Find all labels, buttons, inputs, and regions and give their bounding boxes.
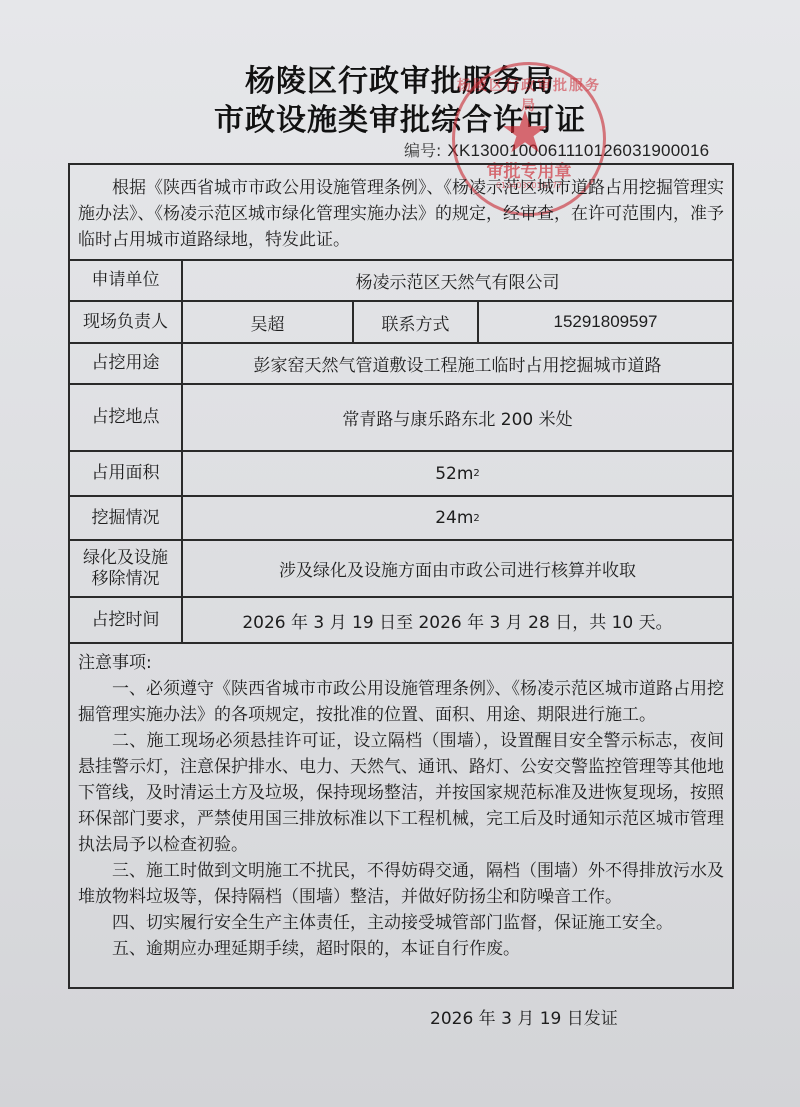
issue-date: 2026 年 3 月 19 日发证 (430, 1004, 618, 1029)
intro-paragraph: 根据《陕西省城市市政公用设施管理条例》、《杨凌示范区城市道路占用挖掘管理实施办法… (78, 175, 724, 253)
site-manager-label: 现场负责人 (70, 302, 183, 342)
site-manager-value: 吴超 (183, 302, 354, 342)
notes-heading: 注意事项: (78, 650, 724, 676)
row-notes: 注意事项: 一、必须遵守《陕西省城市市政公用设施管理条例》、《杨凌示范区城市道路… (70, 642, 732, 987)
area-label: 占用面积 (70, 452, 183, 495)
row-site-manager: 现场负责人 吴超 联系方式 15291809597 (70, 300, 732, 342)
location-value: 常青路与康乐路东北 200 米处 (183, 385, 732, 450)
row-applicant: 申请单位 杨凌示范区天然气有限公司 (70, 259, 732, 300)
location-label: 占挖地点 (70, 385, 183, 450)
note-item-1: 一、必须遵守《陕西省城市市政公用设施管理条例》、《杨凌示范区城市道路占用挖掘管理… (78, 676, 724, 728)
area-number: 52m (435, 464, 473, 484)
greening-value: 涉及绿化及设施方面由市政公司进行核算并收取 (183, 541, 732, 596)
permit-title: 市政设施类审批综合许可证 (0, 95, 800, 139)
note-item-2: 二、施工现场必须悬挂许可证，设立隔档（围墙），设置醒目安全警示标志，夜间悬挂警示… (78, 728, 724, 858)
area-unit-exponent: 2 (473, 468, 479, 479)
serial-value: XK1300100061110126031900016 (447, 141, 709, 160)
row-greening: 绿化及设施 移除情况 涉及绿化及设施方面由市政公司进行核算并收取 (70, 539, 732, 596)
issuing-authority-title: 杨陵区行政审批服务局 (0, 56, 800, 100)
excavation-label: 挖掘情况 (70, 497, 183, 539)
purpose-value: 彭家窑天然气管道敷设工程施工临时占用挖掘城市道路 (183, 344, 732, 383)
excavation-value: 24m2 (183, 497, 732, 539)
area-value: 52m2 (183, 452, 732, 495)
notes-section: 注意事项: 一、必须遵守《陕西省城市市政公用设施管理条例》、《杨凌示范区城市道路… (78, 650, 724, 962)
excavation-number: 24m (435, 508, 473, 528)
row-location: 占挖地点 常青路与康乐路东北 200 米处 (70, 383, 732, 450)
note-item-5: 五、逾期应办理延期手续，超时限的，本证自行作废。 (78, 936, 724, 962)
period-value: 2026 年 3 月 19 日至 2026 年 3 月 28 日，共 10 天。 (183, 598, 732, 642)
row-excavation: 挖掘情况 24m2 (70, 495, 732, 539)
greening-label-line1: 绿化及设施 (83, 548, 168, 569)
greening-label: 绿化及设施 移除情况 (70, 541, 183, 596)
contact-label: 联系方式 (354, 302, 479, 342)
period-label: 占挖时间 (70, 598, 183, 642)
applicant-label: 申请单位 (70, 261, 183, 300)
permit-table: 根据《陕西省城市市政公用设施管理条例》、《杨凌示范区城市道路占用挖掘管理实施办法… (68, 163, 734, 989)
note-item-3: 三、施工时做到文明施工不扰民，不得妨碍交通，隔档（围墙）外不得排放污水及堆放物料… (78, 858, 724, 910)
serial-label: 编号: (404, 141, 441, 160)
applicant-value: 杨凌示范区天然气有限公司 (183, 261, 732, 300)
serial-number: 编号:XK1300100061110126031900016 (404, 138, 709, 161)
contact-value: 15291809597 (479, 302, 732, 342)
note-item-4: 四、切实履行安全生产主体责任，主动接受城管部门监督，保证施工安全。 (78, 910, 724, 936)
excavation-unit-exponent: 2 (473, 513, 479, 524)
greening-label-line2: 移除情况 (92, 569, 160, 590)
row-area: 占用面积 52m2 (70, 450, 732, 495)
row-period: 占挖时间 2026 年 3 月 19 日至 2026 年 3 月 28 日，共 … (70, 596, 732, 642)
purpose-label: 占挖用途 (70, 344, 183, 383)
row-purpose: 占挖用途 彭家窑天然气管道敷设工程施工临时占用挖掘城市道路 (70, 342, 732, 383)
